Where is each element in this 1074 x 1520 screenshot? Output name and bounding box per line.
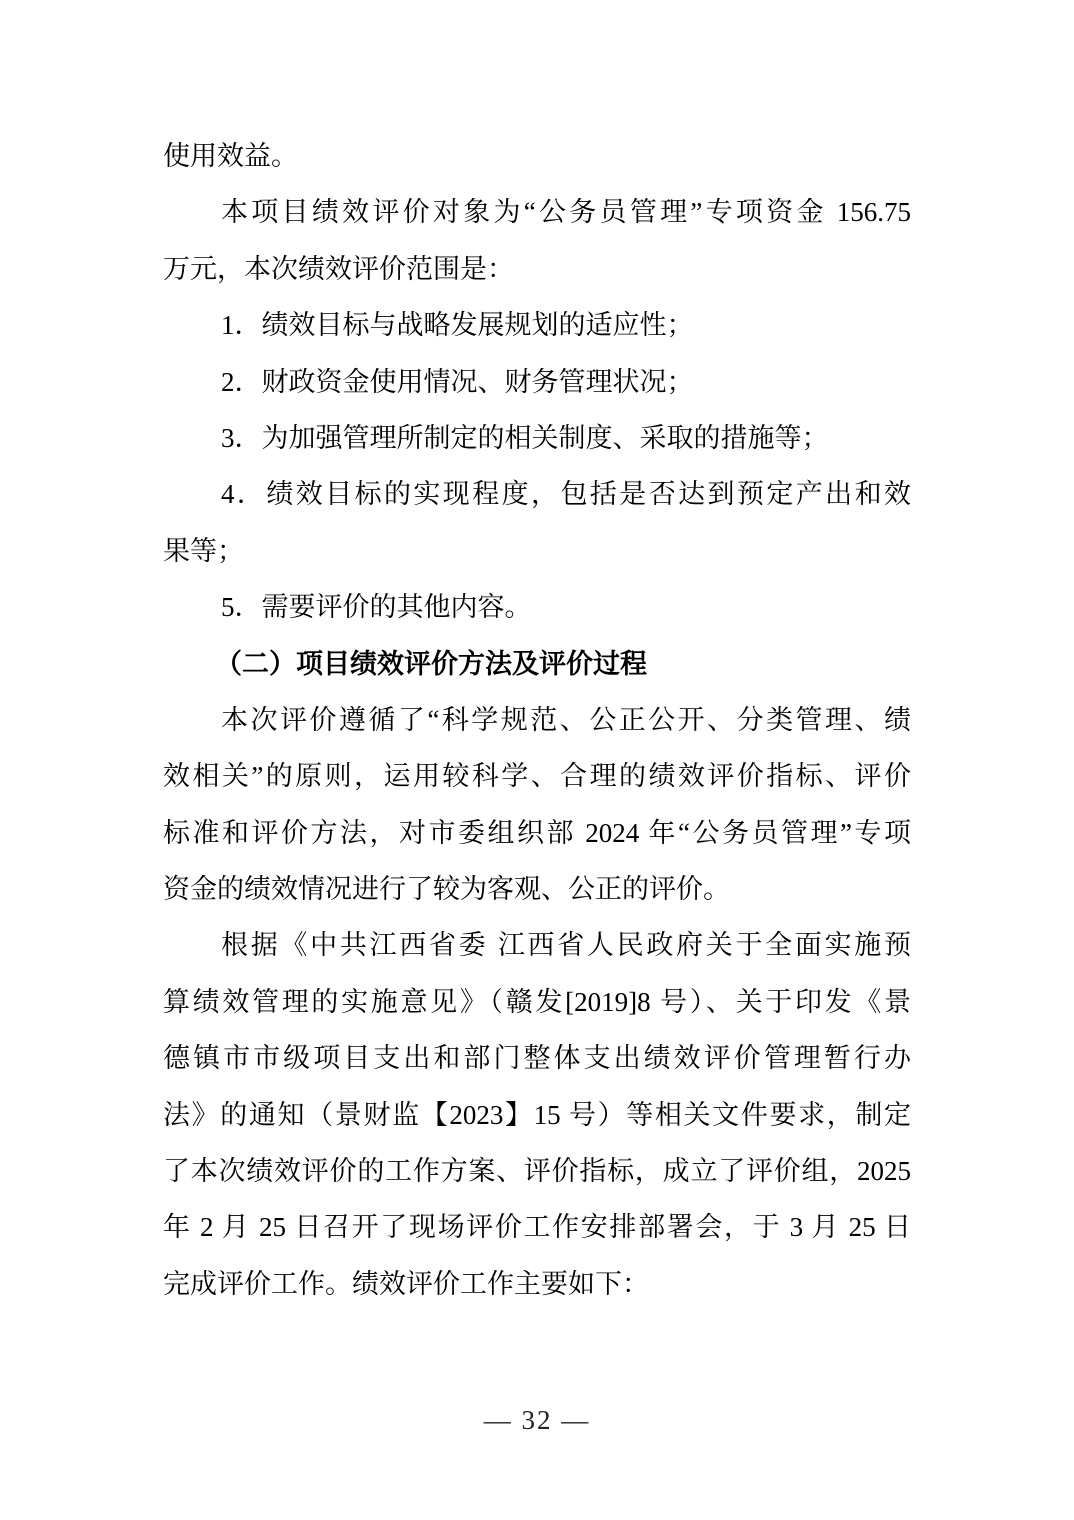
report-page: 使用效益。 本项目绩效评价对象为“公务员管理”专项资金 156.75 万元，本次… (0, 0, 1074, 1520)
text-line: 算绩效管理的实施意见》（赣发[2019]8 号）、关于印发《景 (163, 974, 911, 1030)
text-line: 本次评价遵循了“科学规范、公正公开、分类管理、绩 (163, 692, 911, 748)
text-line: 本项目绩效评价对象为“公务员管理”专项资金 156.75 (163, 184, 911, 240)
list-item-4: 4．绩效目标的实现程度，包括是否达到预定产出和效 (163, 466, 911, 522)
page-number: — 32 — (0, 1405, 1074, 1436)
list-item-5: 5．需要评价的其他内容。 (163, 579, 911, 635)
text-line: 年 2 月 25 日召开了现场评价工作安排部署会，于 3 月 25 日 (163, 1199, 911, 1255)
text-line: 万元，本次绩效评价范围是： (163, 241, 911, 297)
text-line: 了本次绩效评价的工作方案、评价指标，成立了评价组，2025 (163, 1143, 911, 1199)
text-line: 使用效益。 (163, 128, 911, 184)
text-line: 根据《中共江西省委 江西省人民政府关于全面实施预 (163, 917, 911, 973)
list-item-3: 3．为加强管理所制定的相关制度、采取的措施等； (163, 410, 911, 466)
text-line: 资金的绩效情况进行了较为客观、公正的评价。 (163, 861, 911, 917)
page-body-text: 使用效益。 本项目绩效评价对象为“公务员管理”专项资金 156.75 万元，本次… (163, 128, 911, 1312)
list-item-1: 1．绩效目标与战略发展规划的适应性； (163, 297, 911, 353)
list-item-2: 2．财政资金使用情况、财务管理状况； (163, 354, 911, 410)
text-line: 德镇市市级项目支出和部门整体支出绩效评价管理暂行办 (163, 1030, 911, 1086)
text-line: 法》的通知（景财监【2023】15 号）等相关文件要求，制定 (163, 1087, 911, 1143)
text-line: 效相关”的原则，运用较科学、合理的绩效评价指标、评价 (163, 748, 911, 804)
text-line: 标准和评价方法，对市委组织部 2024 年“公务员管理”专项 (163, 805, 911, 861)
section-heading: （二）项目绩效评价方法及评价过程 (163, 636, 911, 692)
text-line: 果等； (163, 523, 911, 579)
text-line: 完成评价工作。绩效评价工作主要如下： (163, 1256, 911, 1312)
